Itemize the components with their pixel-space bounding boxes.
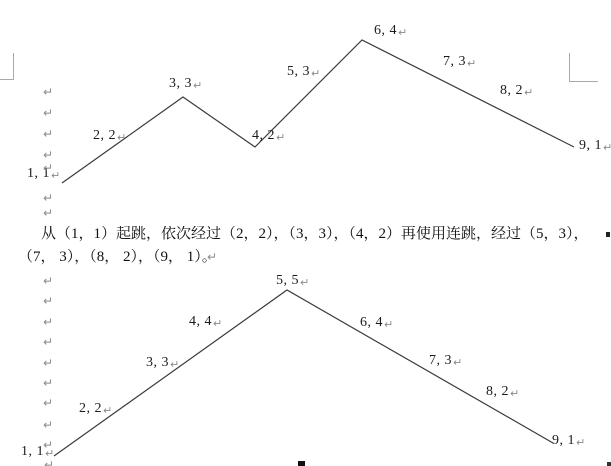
top-path-point-label-5-3[interactable]: 5, 3↵: [287, 65, 320, 79]
point-coordinates-text: 9, 1: [579, 138, 602, 153]
top-path-point-label-2-2[interactable]: 2, 2↵: [93, 129, 126, 143]
point-coordinates-text: 7, 3: [443, 54, 466, 69]
top-path-point-label-7-3[interactable]: 7, 3↵: [443, 55, 476, 69]
bottom-path-point-label-7-3[interactable]: 7, 3↵: [429, 354, 462, 368]
bottom-path-point-label-9-1[interactable]: 9, 1↵: [552, 434, 585, 448]
bottom-path-point-label-3-3[interactable]: 3, 3↵: [146, 356, 179, 370]
bottom-path-point-label-5-5[interactable]: 5, 5↵: [276, 274, 309, 288]
paragraph-mark-icon: ↵: [398, 26, 407, 39]
paragraph-mark-icon: ↵: [43, 192, 53, 204]
point-coordinates-text: 6, 4: [374, 23, 397, 38]
top-path-point-label-6-4[interactable]: 6, 4↵: [374, 24, 407, 38]
paragraph-line-2[interactable]: （7， 3），（8， 2），（9， 1）。: [18, 249, 210, 266]
point-coordinates-text: 2, 2: [79, 401, 102, 416]
paragraph-mark-icon: ↵: [43, 295, 53, 307]
paragraph-mark-icon: ↵: [213, 317, 222, 330]
bottom-path-point-label-2-2[interactable]: 2, 2↵: [79, 402, 112, 416]
paragraph-mark-icon: ↵: [103, 404, 112, 417]
paragraph-mark-icon: ↵: [43, 377, 53, 389]
paragraph-mark-icon: ↵: [43, 419, 53, 431]
paragraph-mark-icon: ↵: [43, 439, 53, 451]
bottom-path-point-label-6-4[interactable]: 6, 4↵: [360, 316, 393, 330]
paragraph-mark-icon: ↵: [300, 276, 309, 289]
paragraph-line-1[interactable]: 从（1，1）起跳，依次经过（2，2），（3，3），（4，2）再使用连跳，经过（5…: [41, 226, 578, 243]
paragraph-mark-icon: ↵: [453, 356, 462, 369]
point-coordinates-text: 4, 2: [252, 128, 275, 143]
paragraph-mark-icon: ↵: [576, 436, 585, 449]
point-coordinates-text: 5, 5: [276, 273, 299, 288]
paragraph-mark-icon: ↵: [603, 141, 611, 154]
bottom-path-point-label-4-4[interactable]: 4, 4↵: [189, 315, 222, 329]
paragraph-mark-icon: ↵: [44, 459, 54, 466]
paragraph-mark-icon: ↵: [524, 86, 533, 99]
point-coordinates-text: 6, 4: [360, 315, 383, 330]
paragraph-mark-icon: ↵: [43, 162, 53, 174]
point-coordinates-text: 1, 1: [21, 444, 44, 459]
bottom-path-point-label-8-2[interactable]: 8, 2↵: [486, 385, 519, 399]
top-path-point-label-3-3[interactable]: 3, 3↵: [169, 77, 202, 91]
document-page[interactable]: 1, 1↵2, 2↵3, 3↵4, 2↵5, 3↵6, 4↵7, 3↵8, 2↵…: [0, 0, 611, 466]
paragraph-mark-icon: ↵: [43, 336, 53, 348]
paragraph-mark-icon: ↵: [510, 387, 519, 400]
point-coordinates-text: 8, 2: [486, 384, 509, 399]
paragraph-mark-icon: ↵: [467, 57, 476, 70]
top-path-line[interactable]: [62, 40, 574, 183]
cropped-edge-mark: [607, 462, 611, 466]
point-coordinates-text: 7, 3: [429, 353, 452, 368]
paragraph-mark-icon: ↵: [43, 86, 53, 98]
point-coordinates-text: 5, 3: [287, 64, 310, 79]
point-coordinates-text: 4, 4: [189, 314, 212, 329]
bottom-path-line[interactable]: [54, 290, 553, 456]
top-path-point-label-9-1[interactable]: 9, 1↵: [579, 139, 611, 153]
top-path-point-label-4-2[interactable]: 4, 2↵: [252, 129, 285, 143]
paragraph-mark-icon: ↵: [311, 67, 320, 80]
paragraph-mark-icon: ↵: [43, 397, 53, 409]
cropped-edge-mark: [606, 232, 610, 237]
cropped-edge-mark: [298, 461, 305, 466]
paragraph-mark-icon: ↵: [43, 128, 53, 140]
paragraph-mark-icon: ↵: [43, 207, 53, 219]
paragraph-mark-icon: ↵: [43, 316, 53, 328]
paragraph-mark-icon: ↵: [43, 149, 53, 161]
paragraph-mark-icon: ↵: [43, 357, 53, 369]
point-coordinates-text: 2, 2: [93, 128, 116, 143]
paragraph-mark-icon: ↵: [43, 275, 53, 287]
point-coordinates-text: 3, 3: [146, 355, 169, 370]
paragraph-mark-icon: ↵: [43, 107, 53, 119]
top-path-point-label-8-2[interactable]: 8, 2↵: [500, 84, 533, 98]
point-coordinates-text: 9, 1: [552, 433, 575, 448]
point-coordinates-text: 8, 2: [500, 83, 523, 98]
paragraph-mark-icon: ↵: [193, 79, 202, 92]
paragraph-mark-icon: ↵: [117, 131, 126, 144]
paragraph-mark-icon: ↵: [276, 131, 285, 144]
paragraph-mark-icon: ↵: [170, 358, 179, 371]
point-coordinates-text: 3, 3: [169, 76, 192, 91]
paragraph-mark-icon: ↵: [384, 318, 393, 331]
